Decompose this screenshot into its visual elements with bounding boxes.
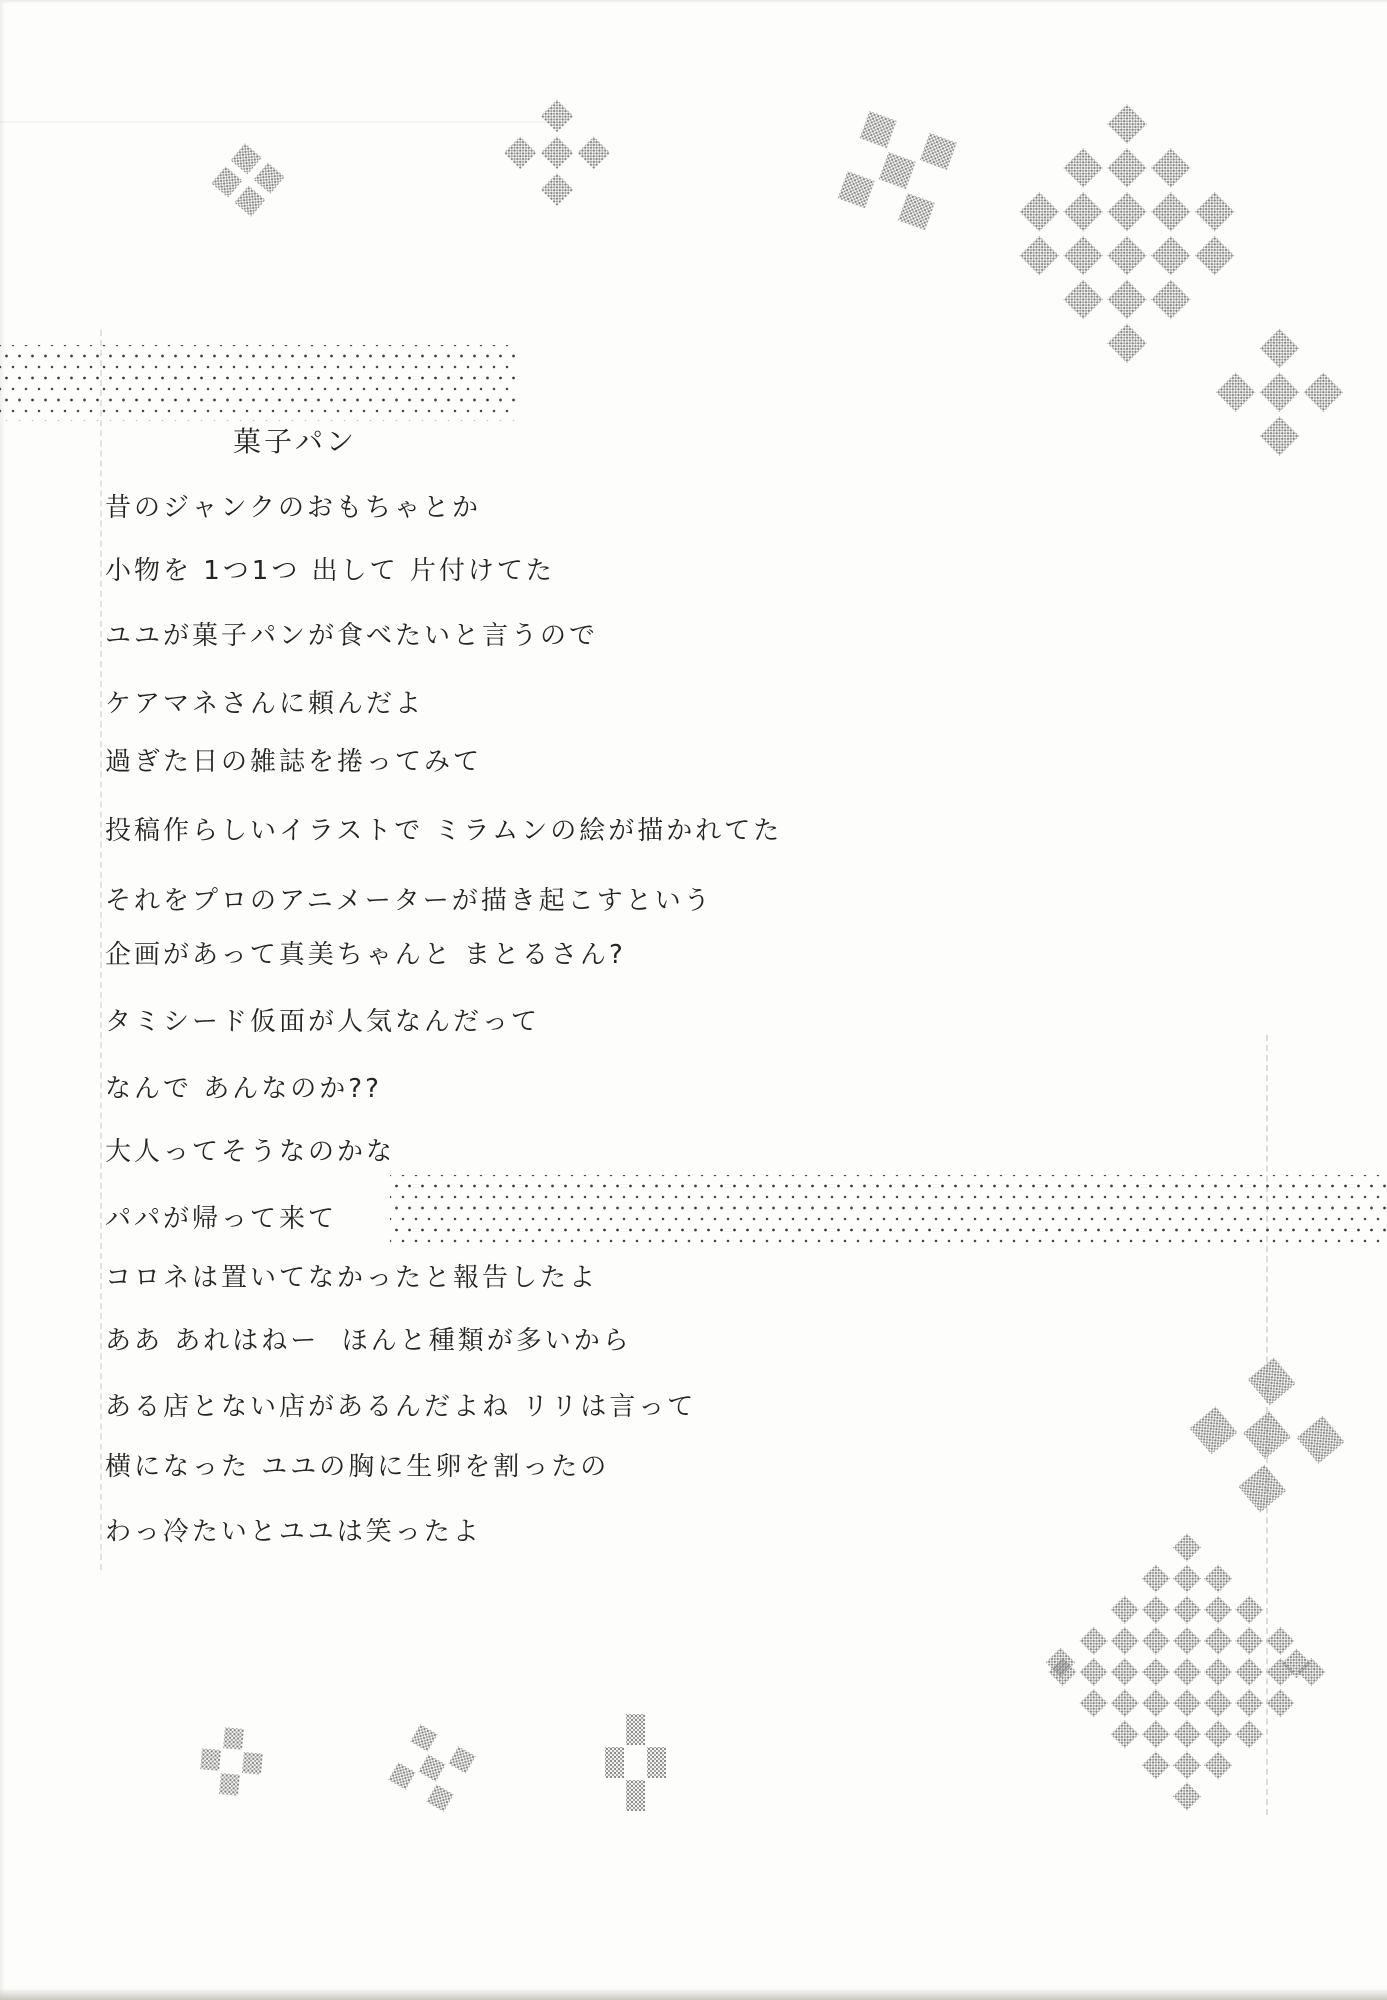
poem-line: ユユが菓子パンが食べたいと言うので [105,615,598,652]
poem-line: 企画があって真美ちゃんと まとるさん? [105,934,626,971]
poem-line: ああ あれはねー ほんと種類が多いから [105,1320,632,1357]
page-crease-left [100,330,102,1570]
scan-edge-bottom [0,1988,1387,2000]
poem-line: 大人ってそうなのかな [105,1131,395,1168]
poem-line: 投稿作らしいイラストで ミラムンの絵が描かれてた [105,810,782,847]
checker-pattern [604,1713,667,1812]
checker-pattern [995,101,1258,364]
checker-pattern [1047,1532,1327,1812]
poem-line: パパが帰って来て [105,1198,337,1235]
scanned-page: 菓子パン 昔のジャンクのおもちゃとか 小物を 1つ1つ 出して 片付けてた ユユ… [0,0,1387,2000]
poem-title: 菓子パン [233,420,357,460]
checker-pattern [206,138,291,223]
poem-line: コロネは置いてなかったと報告したよ [105,1257,598,1294]
poem-line: 小物を 1つ1つ 出して 片付けてた [105,550,555,587]
poem-line: ある店とない店があるんだよね リリは言って [105,1386,696,1423]
poem-line: それをプロのアニメーターが描き起こすという [105,880,713,917]
poem-line: ケアマネさんに頼んだよ [105,683,424,720]
checker-pattern [1187,1355,1348,1516]
checker-pattern [1213,325,1345,457]
screentone-band-top [0,345,516,421]
poem-line: タミシード仮面が人気なんだって [105,1001,540,1038]
poem-line: わっ冷たいとユユは笑ったよ [105,1511,482,1548]
poem-line: 横になった ユユの胸に生卵を割ったの [105,1446,609,1483]
poem-line: 昔のジャンクのおもちゃとか [105,487,481,524]
checker-pattern [197,1724,266,1798]
scan-edge-left [0,0,5,2000]
poem-line: なんで あんなのか?? [105,1068,382,1105]
checker-pattern [835,108,958,231]
checker-pattern [502,97,612,207]
checker-pattern [387,1723,477,1813]
screentone-band-middle [390,1175,1387,1245]
scan-streak [0,121,560,123]
scan-edge-top [0,0,1387,4]
poem-line: 過ぎた日の雑誌を捲ってみて [105,741,482,778]
